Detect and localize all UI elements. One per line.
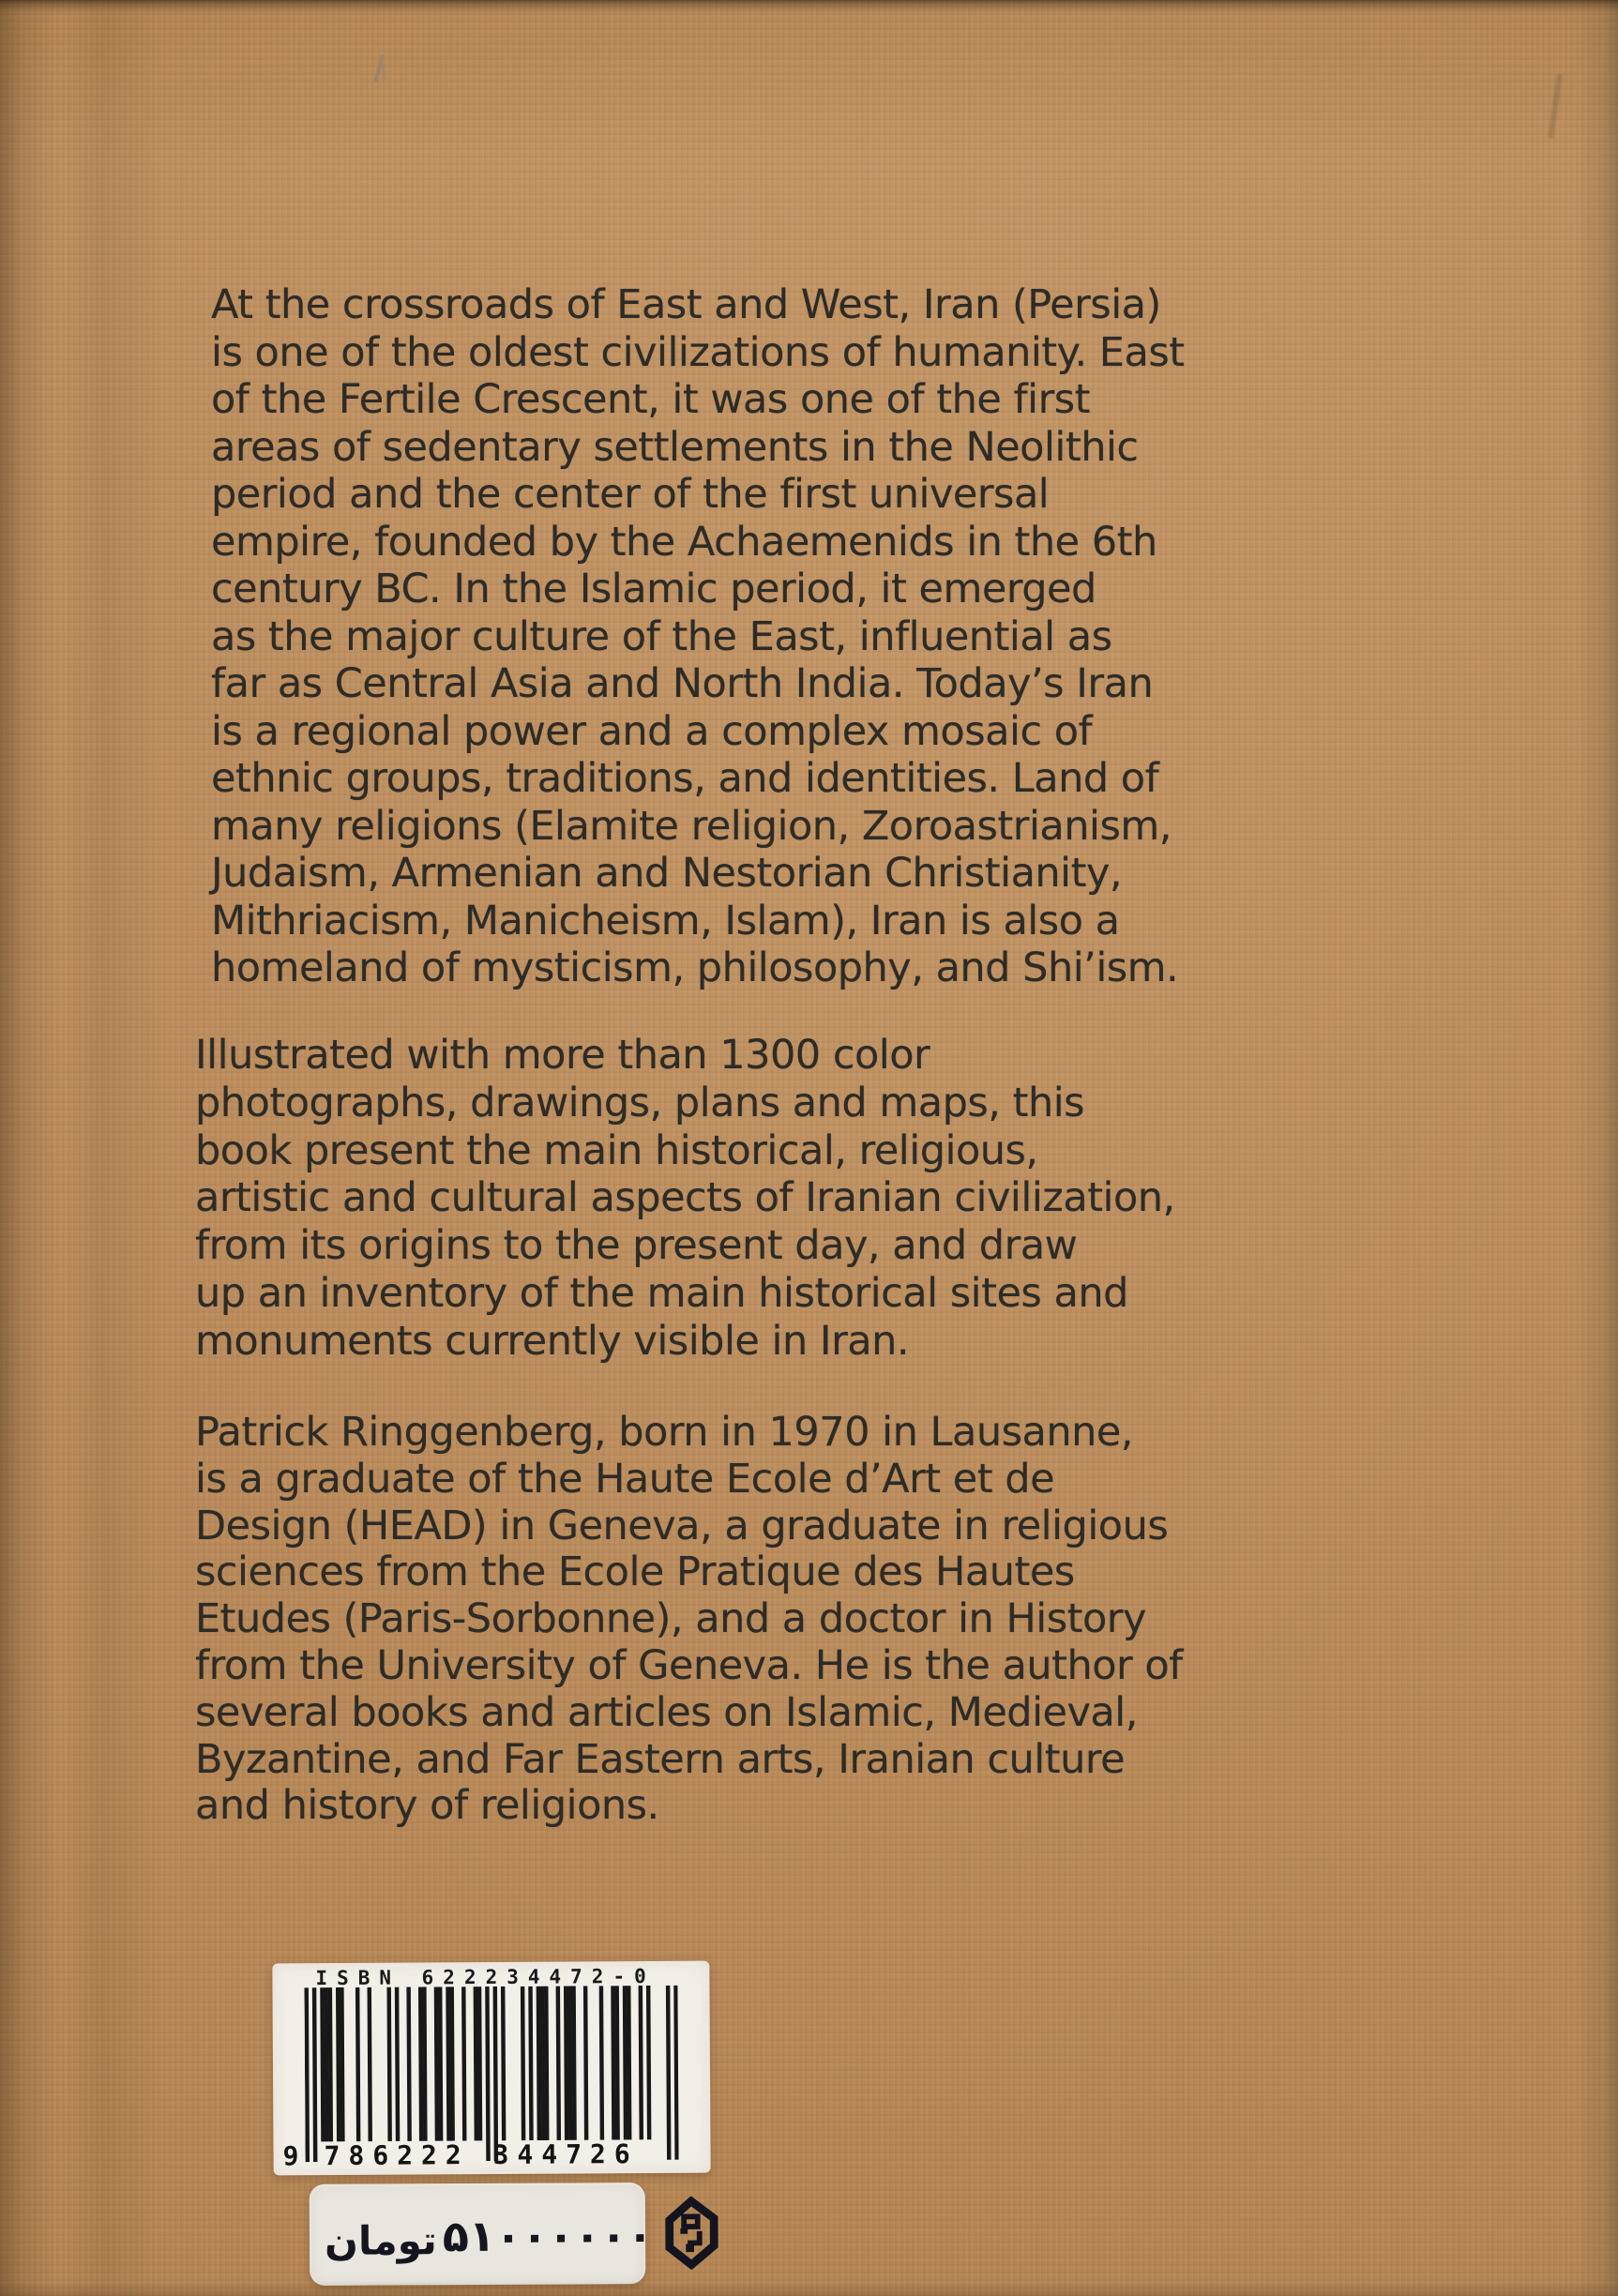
text-line: Design (HEAD) in Geneva, a graduate in r… [195,1503,1183,1550]
paragraph-intro: At the crossroads of East and West, Iran… [211,281,1185,992]
text-line: as the major culture of the East, influe… [211,613,1185,661]
text-line: Mithriacism, Manicheism, Islam), Iran is… [211,898,1185,945]
text-line: is a graduate of the Haute Ecole d’Art e… [195,1457,1183,1503]
text-line: Illustrated with more than 1300 color [195,1032,1175,1080]
text-line: Judaism, Armenian and Nestorian Christia… [211,850,1185,898]
price-digits: ۵۱۰۰۰۰۰۰ [443,2210,654,2261]
text-line: from its origins to the present day, and… [195,1222,1175,1270]
text-line: is one of the oldest civilizations of hu… [211,329,1185,377]
text-line: artistic and cultural aspects of Iranian… [195,1174,1175,1222]
text-line: book present the main historical, religi… [195,1127,1175,1175]
text-line: sciences from the Ecole Pratique des Hau… [195,1549,1183,1596]
text-line: period and the center of the first unive… [211,471,1185,519]
barcode-digit-lead: 9 [282,2140,307,2171]
text-line: up an inventory of the main historical s… [195,1270,1175,1318]
text-line: of the Fertile Crescent, it was one of t… [211,376,1185,424]
text-line: photographs, drawings, plans and maps, t… [195,1080,1175,1127]
text-line: homeland of mysticism, philosophy, and S… [211,944,1185,992]
book-back-cover: At the crossroads of East and West, Iran… [0,0,1618,2296]
price-sticker: تومان ۵۱۰۰۰۰۰۰ [310,2183,646,2286]
text-line: areas of sedentary settlements in the Ne… [211,424,1185,472]
scratch-mark [373,54,384,83]
text-line: and history of religions. [195,1783,1183,1830]
ean13-barcode [304,1986,678,2162]
paragraph-book-description: Illustrated with more than 1300 color ph… [195,1032,1175,1366]
text-line: ethnic groups, traditions, and identitie… [211,755,1185,803]
text-line: At the crossroads of East and West, Iran… [211,281,1185,329]
barcode-digits-right-group: 344726 [492,2138,638,2170]
text-line: from the University of Geneva. He is the… [195,1643,1183,1690]
paragraph-author-bio: Patrick Ringgenberg, born in 1970 in Lau… [195,1410,1183,1830]
price-currency-label: تومان [325,2217,437,2264]
barcode-digits-left-group: 786222 [324,2139,469,2171]
text-line: century BC. In the Islamic period, it em… [211,566,1185,613]
text-line: monuments currently visible in Iran. [195,1318,1175,1366]
text-line: Byzantine, and Far Eastern arts, Iranian… [195,1737,1183,1784]
isbn-barcode-sticker: ISBN 622234472-0 9 786222 344726 [272,1961,710,2176]
text-line: many religions (Elamite religion, Zoroas… [211,803,1185,851]
text-line: is a regional power and a complex mosaic… [211,708,1185,756]
smudge-mark [1548,73,1563,139]
text-line: Patrick Ringgenberg, born in 1970 in Lau… [195,1410,1183,1457]
text-line: several books and articles on Islamic, M… [195,1690,1183,1737]
publisher-logo-icon [662,2197,720,2270]
text-line: far as Central Asia and North India. Tod… [211,660,1185,708]
text-line: empire, founded by the Achaemenids in th… [211,519,1185,566]
text-line: Etudes (Paris-Sorbonne), and a doctor in… [195,1596,1183,1643]
